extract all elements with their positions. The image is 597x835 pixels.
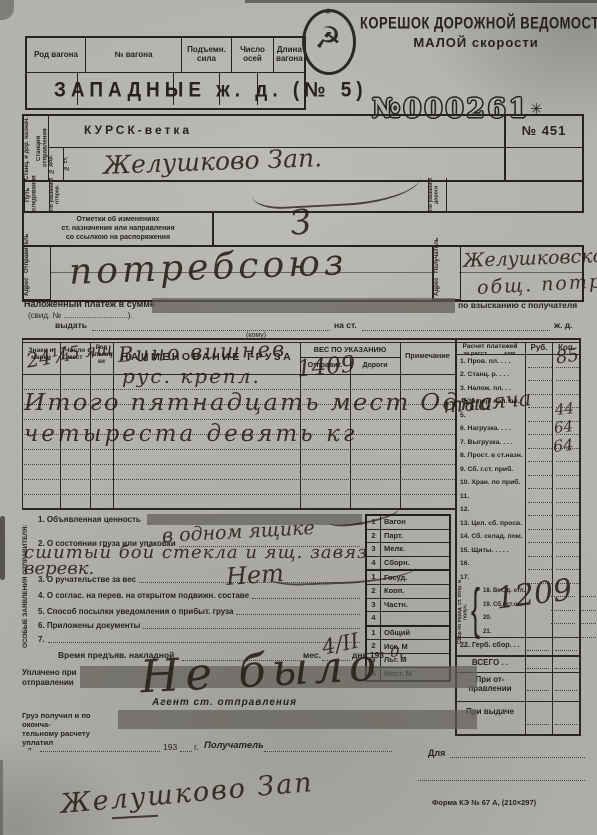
fee-hw-row1: 85 (555, 346, 580, 367)
fee-row: 14. Сб. склад. пом. (457, 530, 578, 544)
fee-item-label: 14. Сб. склад. пом. (457, 531, 526, 543)
station-side-label-1: Станц. и дор. назнач. (24, 116, 36, 180)
cargo-hw-name-1: Вино вишнев (118, 339, 287, 366)
fee-item-label: 7. Выгрузка. . . . (457, 437, 526, 449)
rub-header: Руб. (526, 344, 552, 353)
year-193: 193 (163, 743, 177, 753)
fee-row: 16. (457, 557, 578, 571)
station-side-label-2: Станция отправления (36, 116, 48, 180)
branch-name: КУРСК-ветка (84, 124, 192, 137)
fee-row: 9. Сб. г.ст. приб. (457, 462, 578, 476)
sender-label: Отправитель (24, 247, 50, 273)
masthead-title: КОРЕШОК ДОРОЖНОЙ ВЕДОМОСТИ (360, 14, 597, 33)
fee-hw-row5: 44 (554, 401, 575, 418)
fee-item-label: 8. Прост. в ст.назн. (457, 450, 526, 462)
class-row: 4 (367, 611, 449, 625)
fee-bracket-glyph: { (471, 578, 480, 641)
note-header: Примечание (401, 352, 454, 360)
by-road-label: По указанию дороги (428, 178, 447, 211)
cod-station-dots (362, 330, 550, 331)
cod-label: Наложенный платеж в сумме (24, 299, 155, 309)
fee-item-label: 12. (457, 504, 526, 516)
hammer-sickle-icon: ☭ (300, 21, 356, 56)
class-row: 3Частн. (367, 598, 449, 612)
fee-item-label: 15. Щиты. . . . . (457, 545, 526, 557)
fee-hw-row7: 64 (552, 437, 574, 455)
railway-heading: ЗАПАДНЫЕ ж. д. (№ 5) (54, 79, 368, 102)
receiver-sign-label: Получатель (204, 741, 264, 752)
station-no-label: № ст. (63, 148, 78, 180)
by-sender-label: По указанию отправ. (49, 178, 67, 211)
cod-collect-label: по взысканию с получателя (458, 301, 577, 311)
wagon-col-type: Род вагона (27, 38, 86, 72)
declarations-side-label: ОСОБЫЕ ЗАЯВЛЕНИЯ ОТПРАВИТЕЛЯ: (23, 512, 35, 660)
fee-row: 11. (457, 489, 578, 503)
quote-mark: „ (28, 740, 32, 752)
fee-row: 2. Станц. р. . . . (457, 368, 578, 382)
route-handwritten-flourish (251, 176, 422, 211)
remarks-box: Отметки об изменениях ст. назначения или… (22, 212, 214, 247)
remarks-line-1: Отметки об изменениях (24, 215, 212, 224)
hw-signature: Желушково Зап (59, 769, 314, 818)
station-block: Станц. и дор. назнач. Станция отправлени… (22, 114, 584, 182)
fee-hw-total: 1209 (494, 575, 573, 614)
fees-header-1: Расчет платежей (457, 343, 523, 350)
fee-item-label: 10. Хран. по приб. (457, 477, 526, 489)
route-side-label: Путь следования (24, 178, 49, 211)
parties-block: Отправитель Адрес потребсоюз Получатель … (22, 245, 584, 302)
fee-item-label: 2. Станц. р. . . . (457, 369, 526, 381)
cod-pay-label: выдать (55, 321, 87, 331)
fee-item-label: 9. Сб. г.ст. приб. (457, 464, 526, 476)
scan-edge-top (245, 0, 597, 3)
class-row: 3Мелк. (367, 542, 449, 556)
fee-item-label: 16. (457, 558, 526, 570)
fee-item-label: 11. (457, 491, 526, 503)
cod-station-label: на ст. (334, 321, 357, 331)
fee-item-label: 1. Пров. пл. . . . (457, 356, 526, 368)
remarks-handwritten-mark: З (288, 205, 313, 241)
soviet-emblem: ★ ☭ (300, 6, 358, 76)
sheet-number: № 451 (522, 124, 567, 139)
fee-row: 12. (457, 503, 578, 517)
for-notes-label: Для (428, 748, 445, 758)
cod-pay-dots (92, 330, 330, 331)
road-no-label: № дор. (48, 148, 63, 180)
class-row: 4Сборн. (367, 556, 449, 570)
remarks-line-2: ст. назначения или направления (24, 224, 212, 233)
receiver-handwritten-1: Желушковскому (463, 246, 597, 271)
fee-item-label: 6. Нагрузка. . . . (457, 423, 526, 435)
cod-shaded-field (152, 298, 455, 313)
cargo-hw-name-2: рус. крепл. (122, 366, 261, 386)
class-row: 2Парт. (367, 529, 449, 543)
hw-signature-underline (112, 815, 158, 819)
sender-addr-label: Адрес (24, 275, 50, 300)
fee-row: 10. Хран. по приб. (457, 476, 578, 490)
remarks-line-3: со ссылкою на распоряжения (24, 233, 212, 242)
wagon-col-capacity: Подъемн. сила (182, 38, 232, 72)
received-label: Груз получил и по оконча- тельному расче… (22, 711, 118, 747)
weight-road-header: Дороги (351, 362, 399, 370)
cargo-hw-total-2: четыреста девять кг (24, 423, 357, 446)
receiver-handwritten-2: общ. потреб (477, 271, 597, 298)
year-g-label: г. (400, 651, 405, 661)
decl-hw-line3: веревк. (24, 560, 94, 578)
scanned-waybill-document: Род вагона № вагона Подъемн. сила Число … (0, 0, 597, 835)
class-row: 1Госуд. (367, 569, 449, 584)
scan-edge-corner (0, 0, 14, 20)
agent-label: Агент ст. отправления (152, 697, 297, 708)
hw-year-digit: 0 (390, 645, 400, 660)
fee-item-label: 13. Цел. сб. просв. (457, 518, 526, 530)
fee-row: 15. Щиты. . . . . (457, 543, 578, 557)
g-label: г. (194, 743, 198, 753)
cargo-hw-total-1: Итого пятнадцать мест Одна (24, 392, 495, 415)
sender-handwritten: потребсоюз (68, 245, 348, 291)
declaration-item-6: 6. Приложены документы (38, 618, 362, 631)
receiver-label: Получатель (434, 247, 460, 273)
star-icon: ★ (300, 6, 356, 17)
cargo-hw-weight: 1409 (296, 353, 356, 381)
received-shaded-field (118, 710, 477, 729)
wagon-col-number: № вагона (86, 38, 182, 72)
wagon-col-axles: Число осей (232, 38, 274, 72)
station-handwritten: Желушково Зап. (103, 145, 323, 178)
hw-paid: Не было (139, 642, 383, 700)
fee-hw-row6: 64 (553, 419, 574, 436)
declaration-item-5: 5. Способ посылки уведомления о прибыт. … (38, 604, 362, 617)
declaration-item-4: 4. О соглас. на перев. на открытом подви… (38, 588, 362, 601)
cod-railroad-label: ж. д. (554, 321, 573, 331)
scan-edge-left (0, 516, 5, 580)
fee-row: 13. Цел. сб. просв. (457, 516, 578, 530)
form-number: Форма КЭ № 67 А, (210×297) (432, 799, 536, 807)
masthead-subtitle: МАЛОЙ скорости (396, 36, 556, 51)
class-row: 2Кооп. (367, 584, 449, 598)
scan-edge-bottom-left (0, 760, 3, 835)
sheet-number-box: № 451 (504, 116, 582, 147)
stamp-duty-item: 22. Герб. сбор. . . (460, 641, 520, 649)
receiver-addr-label: Адрес (434, 275, 460, 300)
paid-label: Уплачено при отправлении (22, 668, 80, 687)
